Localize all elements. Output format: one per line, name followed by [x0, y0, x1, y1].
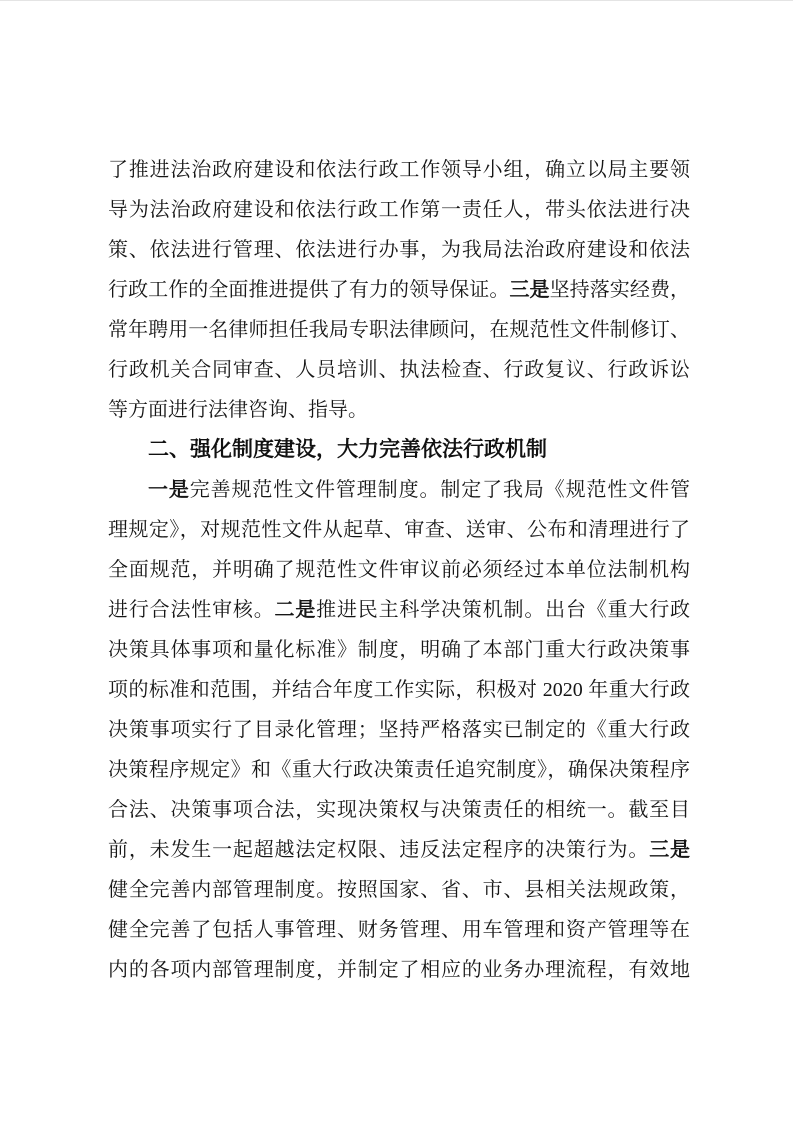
text-run: 坚持落实经费，: [550, 279, 690, 301]
text-run: 等方面进行法律咨询、指导。: [108, 399, 368, 421]
text-line: 进行合法性审核。二是推进民主科学决策机制。出台《重大行政: [108, 590, 690, 630]
text-line: 行政机关合同审查、人员培训、执法检查、行政复议、行政诉讼: [108, 350, 690, 390]
text-run: 全面规范，并明确了规范性文件审议前必须经过本单位法制机构: [108, 559, 690, 581]
text-line: 全面规范，并明确了规范性文件审议前必须经过本单位法制机构: [108, 550, 690, 590]
text-line: 合法、决策事项合法，实现决策权与决策责任的相统一。截至目: [108, 790, 690, 830]
document-text-block: 了推进法治政府建设和依法行政工作领导小组，确立以局主要领导为法治政府建设和依法行…: [108, 150, 690, 990]
text-line: 健全完善内部管理制度。按照国家、省、市、县相关法规政策，: [108, 870, 690, 910]
text-line: 等方面进行法律咨询、指导。: [108, 390, 690, 430]
text-run: 常年聘用一名律师担任我局专职法律顾问，在规范性文件制修订、: [108, 319, 690, 341]
text-line: 决策程序规定》和《重大行政决策责任追究制度》，确保决策程序: [108, 750, 690, 790]
text-line: 导为法治政府建设和依法行政工作第一责任人，带头依法进行决: [108, 190, 690, 230]
text-run: 决策事项实行了目录化管理；坚持严格落实已制定的《重大行政: [108, 719, 690, 741]
text-run: 了推进法治政府建设和依法行政工作领导小组，确立以局主要领: [108, 159, 690, 181]
text-run: 行政机关合同审查、人员培训、执法检查、行政复议、行政诉讼: [108, 359, 690, 381]
text-run: 前，未发生一起超越法定权限、违反法定程序的决策行为。: [108, 839, 649, 861]
document-page: { "page": { "width": 793, "height": 1122…: [0, 0, 793, 1122]
text-line: 项的标准和范围，并结合年度工作实际，积极对 2020 年重大行政: [108, 670, 690, 710]
text-line: 常年聘用一名律师担任我局专职法律顾问，在规范性文件制修订、: [108, 310, 690, 350]
bold-text-run: 三是: [649, 839, 690, 861]
text-line: 行政工作的全面推进提供了有力的领导保证。三是坚持落实经费，: [108, 270, 690, 310]
text-line: 决策事项实行了目录化管理；坚持严格落实已制定的《重大行政: [108, 710, 690, 750]
text-line: 内的各项内部管理制度，并制定了相应的业务办理流程，有效地: [108, 950, 690, 990]
text-run: 推进民主科学决策机制。出台《重大行政: [316, 599, 690, 621]
text-run: 内的各项内部管理制度，并制定了相应的业务办理流程，有效地: [108, 959, 690, 981]
text-run: 合法、决策事项合法，实现决策权与决策责任的相统一。截至目: [108, 799, 690, 821]
bold-text-run: 二、强化制度建设，大力完善依法行政机制: [148, 438, 547, 461]
text-line: 策、依法进行管理、依法进行办事，为我局法治政府建设和依法: [108, 230, 690, 270]
text-line: 健全完善了包括人事管理、财务管理、用车管理和资产管理等在: [108, 910, 690, 950]
text-run: 理规定》，对规范性文件从起草、审查、送审、公布和清理进行了: [108, 519, 690, 541]
page-top-edge: [0, 0, 793, 1]
text-run: 行政工作的全面推进提供了有力的领导保证。: [108, 279, 509, 301]
text-line: 了推进法治政府建设和依法行政工作领导小组，确立以局主要领: [108, 150, 690, 190]
bold-text-run: 一是: [148, 479, 190, 501]
text-line: 一是完善规范性文件管理制度。制定了我局《规范性文件管: [108, 470, 690, 510]
text-run: 决策程序规定》和《重大行政决策责任追究制度》，确保决策程序: [108, 759, 690, 781]
text-line: 决策具体事项和量化标准》制度，明确了本部门重大行政决策事: [108, 630, 690, 670]
section-heading: 二、强化制度建设，大力完善依法行政机制: [108, 430, 690, 470]
text-run: 健全完善了包括人事管理、财务管理、用车管理和资产管理等在: [108, 919, 690, 941]
bold-text-run: 三是: [509, 279, 549, 301]
text-line: 理规定》，对规范性文件从起草、审查、送审、公布和清理进行了: [108, 510, 690, 550]
text-run: 导为法治政府建设和依法行政工作第一责任人，带头依法进行决: [108, 199, 690, 221]
bold-text-run: 二是: [275, 599, 317, 621]
text-run: 策、依法进行管理、依法进行办事，为我局法治政府建设和依法: [108, 239, 690, 261]
text-run: 项的标准和范围，并结合年度工作实际，积极对 2020 年重大行政: [108, 679, 690, 701]
text-run: 完善规范性文件管理制度。制定了我局《规范性文件管: [190, 479, 690, 501]
text-run: 健全完善内部管理制度。按照国家、省、市、县相关法规政策，: [108, 879, 690, 901]
text-line: 前，未发生一起超越法定权限、违反法定程序的决策行为。三是: [108, 830, 690, 870]
text-run: 进行合法性审核。: [108, 599, 275, 621]
text-run: 决策具体事项和量化标准》制度，明确了本部门重大行政决策事: [108, 639, 690, 661]
